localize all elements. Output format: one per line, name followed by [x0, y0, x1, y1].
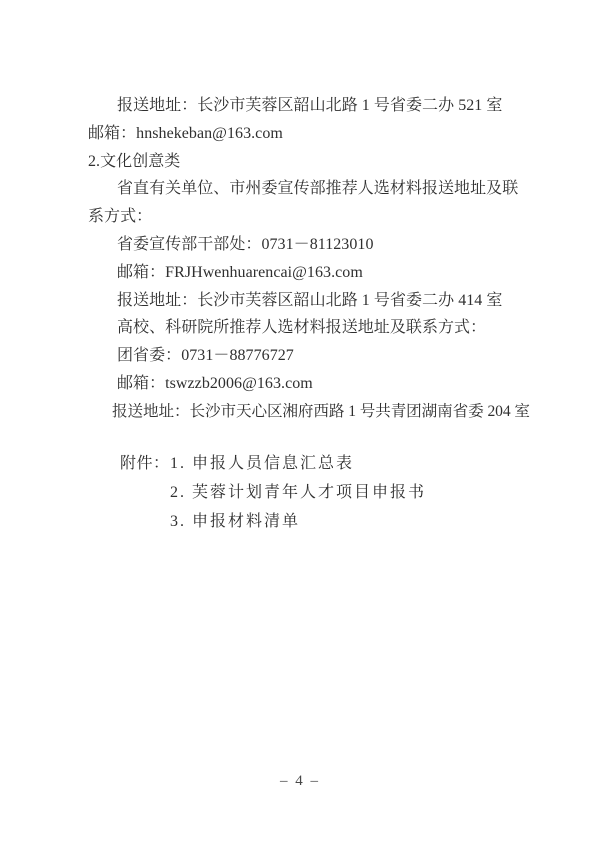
doc-line-address-204: 报送地址：长沙市天心区湘府西路 1 号共青团湖南省委 204 室	[88, 398, 558, 426]
document-page: 报送地址：长沙市芙蓉区韶山北路 1 号省委二办 521 室 邮箱：hnsheke…	[0, 0, 600, 848]
doc-line-youthleague-phone: 团省委：0731－88776727	[88, 342, 558, 370]
doc-line-contact-cont: 系方式：	[88, 203, 558, 231]
doc-line-propaganda-phone: 省委宣传部干部处：0731－81123010	[88, 231, 558, 259]
doc-line-provincial-units: 省直有关单位、市州委宣传部推荐人选材料报送地址及联	[88, 175, 558, 203]
document-body: 报送地址：长沙市芙蓉区韶山北路 1 号省委二办 521 室 邮箱：hnsheke…	[88, 92, 558, 426]
attachment-row: 2. 芙蓉计划青年人才项目申报书	[120, 478, 426, 507]
attachments-label: 附件：	[120, 449, 170, 478]
doc-line-address-414: 报送地址：长沙市芙蓉区韶山北路 1 号省委二办 414 室	[88, 287, 558, 315]
doc-line-universities: 高校、科研院所推荐人选材料报送地址及联系方式：	[88, 314, 558, 342]
doc-line-address-521: 报送地址：长沙市芙蓉区韶山北路 1 号省委二办 521 室	[88, 92, 558, 120]
doc-line-email-hnshekeban: 邮箱：hnshekeban@163.com	[88, 120, 558, 148]
attachments-block: 附件：1. 申报人员信息汇总表 2. 芙蓉计划青年人才项目申报书 3. 申报材料…	[120, 449, 426, 536]
doc-line-email-tswzzb: 邮箱：tswzzb2006@163.com	[88, 370, 558, 398]
attachment-item-1: 1. 申报人员信息汇总表	[170, 455, 354, 472]
attachment-item-3: 3. 申报材料清单	[170, 513, 300, 530]
attachment-row: 3. 申报材料清单	[120, 507, 426, 536]
attachment-item-2: 2. 芙蓉计划青年人才项目申报书	[170, 484, 426, 501]
attachment-row: 附件：1. 申报人员信息汇总表	[120, 449, 426, 478]
doc-line-heading-culture: 2.文化创意类	[88, 148, 558, 176]
doc-line-email-frjh: 邮箱：FRJHwenhuarencai@163.com	[88, 259, 558, 287]
page-number: – 4 –	[0, 770, 600, 792]
